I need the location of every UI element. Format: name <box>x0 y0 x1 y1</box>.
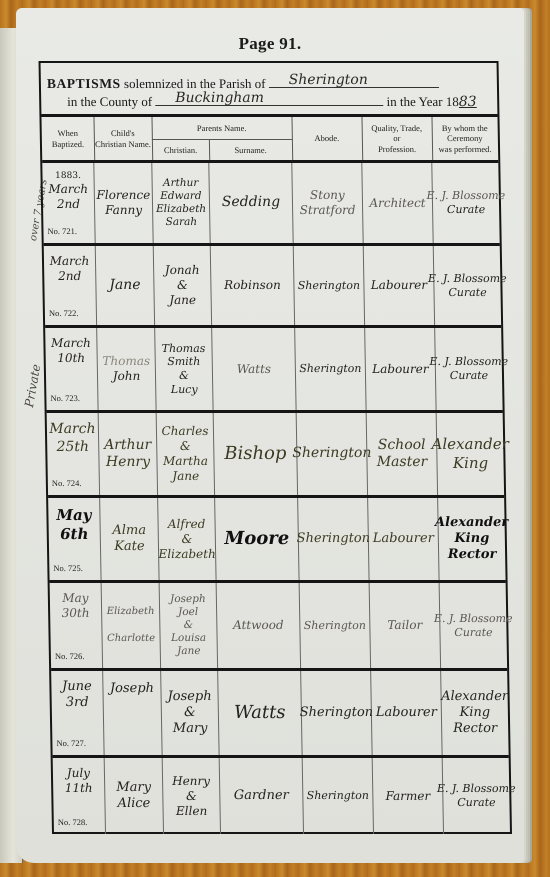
cell-quality: Labourer <box>368 498 439 580</box>
header-abode: Abode. <box>291 117 363 160</box>
cell-parents-christian: Arthur Edward Elizabeth Sarah <box>152 163 210 243</box>
margin-note-private: Private <box>22 363 43 408</box>
title-baptisms: BAPTISMS <box>47 76 121 91</box>
cell-child-name: Elizabeth Charlotte <box>102 583 161 668</box>
cell-when: June 3rd No. 727. <box>51 671 104 755</box>
entry-number: No. 724. <box>52 478 82 489</box>
cell-by-whom: Alexander King Rector <box>441 671 508 755</box>
cell-surname: Robinson <box>211 246 295 325</box>
cell-when: May 6th No. 725. <box>48 498 101 580</box>
cell-surname: Moore <box>215 498 299 580</box>
header-parents-name: Parents Name. Christian. Surname. <box>151 117 293 160</box>
entry-row-723: March 10th No. 723. Thomas John Thomas S… <box>45 328 502 413</box>
cell-parents-christian: Thomas Smith & Lucy <box>155 328 213 410</box>
cell-by-whom: Alexander King Rector <box>438 498 505 580</box>
entry-number: No. 722. <box>49 308 79 319</box>
register-title: BAPTISMS solemnized in the Parish of She… <box>41 63 498 117</box>
register-page: Page 91. over 7 years Private BAPTISMS s… <box>16 8 524 863</box>
cell-quality: Tailor <box>370 583 441 668</box>
header-child-name: Child'sChristian Name. <box>93 117 153 160</box>
entry-number: No. 726. <box>55 651 85 662</box>
cell-surname: Attwood <box>217 583 301 668</box>
cell-child-name: Florence Fanny <box>94 163 153 243</box>
header-parents-christian: Christian. <box>152 140 210 160</box>
cell-when: 1883. March 2nd No. 721. <box>42 163 95 243</box>
entry-row-728: July 11th No. 728. Mary Alice Henry & El… <box>53 758 510 834</box>
entry-row-725: May 6th No. 725. Alma Kate Alfred & Eliz… <box>48 498 505 583</box>
cell-surname: Sedding <box>209 163 293 243</box>
header-parents-surname: Surname. <box>209 140 292 160</box>
cell-abode: Sherington <box>294 246 365 325</box>
cell-when: March 10th No. 723. <box>45 328 98 410</box>
cell-surname: Gardner <box>220 758 304 834</box>
county-value: Buckingham <box>175 90 264 106</box>
header-by-whom: By whom theCeremonywas performed. <box>431 117 498 160</box>
parish-value: Sherington <box>289 72 368 88</box>
cell-by-whom: E. J. Blossome Curate <box>443 758 510 834</box>
cell-when: March 25th No. 724. <box>47 413 100 495</box>
cell-when: May 30th No. 726. <box>50 583 103 668</box>
entry-row-727: June 3rd No. 727. Joseph Joseph & Mary W… <box>51 671 509 758</box>
entry-row-721: 1883. March 2nd No. 721. Florence Fanny … <box>42 163 499 246</box>
entry-number: No. 725. <box>53 563 83 574</box>
cell-by-whom: E. J. Blossome Curate <box>434 246 501 325</box>
cell-child-name: Jane <box>96 246 155 325</box>
cell-when: March 2nd No. 722. <box>44 246 97 325</box>
cell-surname: Bishop <box>214 413 298 495</box>
cell-child-name: Joseph <box>103 671 162 755</box>
cell-abode: Sherington <box>301 671 372 755</box>
entry-number: No. 723. <box>50 393 80 404</box>
cell-child-name: Alma Kate <box>100 498 159 580</box>
cell-when: July 11th No. 728. <box>53 758 106 834</box>
entry-row-722: March 2nd No. 722. Jane Jonah & Jane Rob… <box>44 246 501 328</box>
cell-surname: Watts <box>218 671 302 755</box>
county-field: Buckingham <box>155 93 383 106</box>
cell-parents-christian: Charles & Martha Jane <box>157 413 215 495</box>
column-headers: WhenBaptized. Child'sChristian Name. Par… <box>41 117 498 163</box>
year-value: 83 <box>459 94 477 110</box>
cell-child-name: Mary Alice <box>105 758 164 834</box>
cell-child-name: Thomas John <box>97 328 156 410</box>
cell-abode: Sherington <box>298 498 369 580</box>
title-text-parish: solemnized in the Parish of <box>121 76 269 91</box>
entry-row-724: March 25th No. 724. Arthur Henry Charles… <box>47 413 504 498</box>
cell-quality: Farmer <box>373 758 444 834</box>
cell-quality: Labourer <box>371 671 442 755</box>
cell-abode: Sherington <box>295 328 366 410</box>
cell-parents-christian: Henry & Ellen <box>163 758 221 834</box>
cell-abode: Sherington <box>300 583 371 668</box>
parish-field: Sherington <box>269 75 439 88</box>
entries: 1883. March 2nd No. 721. Florence Fanny … <box>42 163 510 832</box>
cell-surname: Watts <box>212 328 296 410</box>
cell-abode: Sherington <box>297 413 368 495</box>
cell-parents-christian: Joseph Joel & Louisa Jane <box>160 583 218 668</box>
cell-parents-christian: Jonah & Jane <box>154 246 212 325</box>
page-number: Page 91. <box>16 34 524 54</box>
cell-child-name: Arthur Henry <box>99 413 158 495</box>
cell-quality: Architect <box>362 163 433 243</box>
cell-by-whom: E. J. Blossome Curate <box>432 163 499 243</box>
cell-abode: Stony Stratford <box>292 163 363 243</box>
cell-by-whom: E. J. Blossome Curate <box>440 583 507 668</box>
cell-by-whom: Alexander King <box>437 413 504 495</box>
cell-abode: Sherington <box>303 758 374 834</box>
cell-quality: Labourer <box>364 246 435 325</box>
baptism-register-table: BAPTISMS solemnized in the Parish of She… <box>39 61 512 834</box>
cell-quality: School Master <box>367 413 438 495</box>
header-when-baptized: WhenBaptized. <box>41 117 95 160</box>
entry-number: No. 721. <box>47 226 77 237</box>
cell-parents-christian: Joseph & Mary <box>161 671 219 755</box>
cell-by-whom: E. J. Blossome Curate <box>435 328 502 410</box>
cell-quality: Labourer <box>365 328 436 410</box>
title-text-year: in the Year 18 <box>383 94 459 109</box>
entry-number: No. 727. <box>56 738 86 749</box>
entry-row-726: May 30th No. 726. Elizabeth Charlotte Jo… <box>50 583 508 671</box>
title-text-county: in the County of <box>67 94 155 109</box>
cell-parents-christian: Alfred & Elizabeth <box>158 498 216 580</box>
header-quality-trade: Quality, Trade,orProfession. <box>361 117 433 160</box>
entry-number: No. 728. <box>58 817 88 828</box>
